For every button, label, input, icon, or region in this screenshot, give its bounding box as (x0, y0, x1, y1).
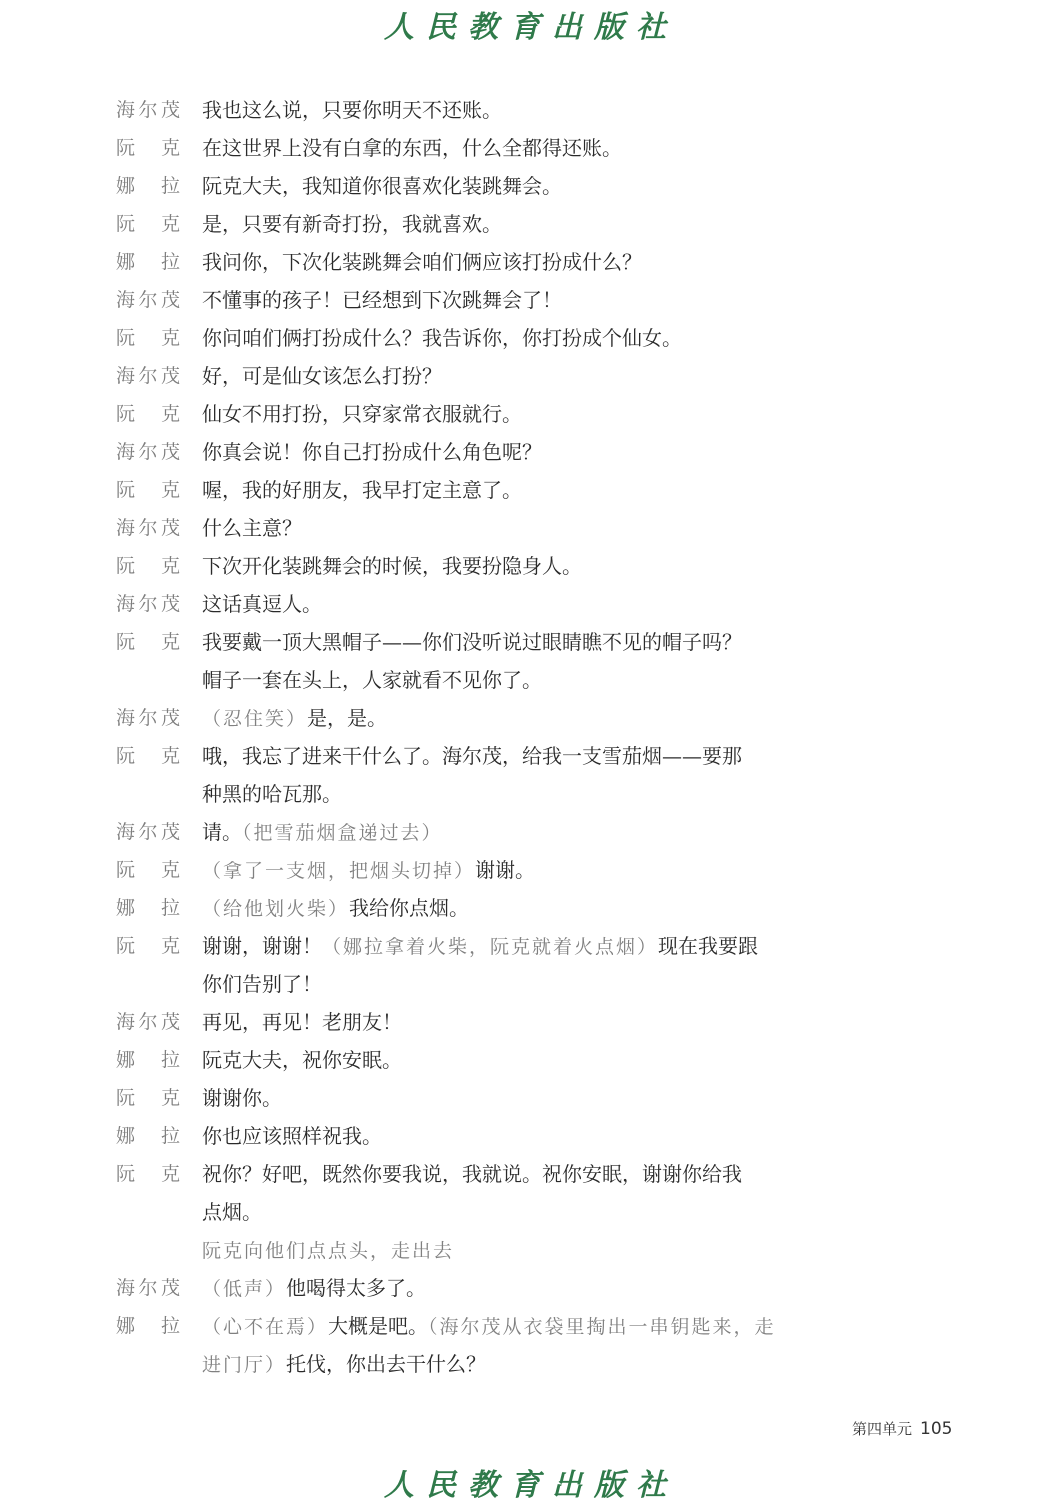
dialogue-text: 谢谢你。 (202, 1079, 282, 1117)
dialogue-line: 娜拉阮克大夫，我知道你很喜欢化装跳舞会。 (116, 167, 796, 205)
speech-text: 你们告别了！ (202, 972, 322, 996)
speaker-name: 阮克 (116, 1079, 202, 1117)
dialogue-text: 你问咱们俩打扮成什么？我告诉你，你打扮成个仙女。 (202, 319, 682, 357)
speaker-name: 娜拉 (116, 1307, 202, 1345)
dialogue-line: 海尔茂我也这么说，只要你明天不还账。 (116, 91, 796, 129)
speaker-name: 阮克 (116, 737, 202, 775)
speaker-name: 娜拉 (116, 167, 202, 205)
dialogue-line: 海尔茂好，可是仙女该怎么打扮？ (116, 357, 796, 395)
speech-text: 这话真逗人。 (202, 592, 322, 616)
speech-text: 哦，我忘了进来干什么了。海尔茂，给我一支雪茄烟——要那 (202, 744, 742, 768)
speech-text: 好，可是仙女该怎么打扮？ (202, 364, 442, 388)
speech-text: 点烟。 (202, 1200, 262, 1224)
page-footer: 第四单元105 (852, 1418, 952, 1439)
stage-direction: （给他划火柴） (202, 898, 349, 920)
speaker-name: 阮克 (116, 623, 202, 661)
speaker-name: 海尔茂 (116, 585, 202, 623)
dialogue-text: 阮克大夫，祝你安眠。 (202, 1041, 402, 1079)
dialogue-line: 娜拉（给他划火柴）我给你点烟。 (116, 889, 796, 927)
dialogue-line: 海尔茂（低声）他喝得太多了。 (116, 1269, 796, 1307)
dialogue-text: 下次开化装跳舞会的时候，我要扮隐身人。 (202, 547, 582, 585)
dialogue-text: （给他划火柴）我给你点烟。 (202, 889, 469, 928)
dialogue-line: 帽子一套在头上，人家就看不见你了。 (116, 661, 796, 699)
speaker-name: 海尔茂 (116, 1003, 202, 1041)
speech-text: 下次开化装跳舞会的时候，我要扮隐身人。 (202, 554, 582, 578)
speech-text: 是，只要有新奇打扮，我就喜欢。 (202, 212, 502, 236)
speech-text: 谢谢你。 (202, 1086, 282, 1110)
dialogue-text: 你们告别了！ (202, 965, 322, 1003)
speaker-name: 海尔茂 (116, 509, 202, 547)
speech-text: 大概是吧。 (328, 1314, 428, 1338)
dialogue-line: 娜拉（心不在焉）大概是吧。（海尔茂从衣袋里掏出一串钥匙来，走 (116, 1307, 796, 1345)
speech-text: 阮克大夫，我知道你很喜欢化装跳舞会。 (202, 174, 562, 198)
dialogue-line: 种黑的哈瓦那。 (116, 775, 796, 813)
speech-text: 是，是。 (307, 706, 387, 730)
page-number: 105 (920, 1419, 952, 1439)
dialogue-text: 进门厅）托伐，你出去干什么？ (202, 1345, 486, 1384)
dialogue-line: 阮克下次开化装跳舞会的时候，我要扮隐身人。 (116, 547, 796, 585)
script-body: 海尔茂我也这么说，只要你明天不还账。阮克在这世界上没有白拿的东西，什么全都得还账… (116, 91, 796, 1383)
dialogue-line: 阮克向他们点点头，走出去 (116, 1231, 796, 1269)
speaker-name: 阮克 (116, 319, 202, 357)
speech-text: 帽子一套在头上，人家就看不见你了。 (202, 668, 542, 692)
speaker-name: 海尔茂 (116, 91, 202, 129)
stage-direction: （心不在焉） (202, 1316, 328, 1338)
dialogue-line: 海尔茂你真会说！你自己打扮成什么角色呢？ (116, 433, 796, 471)
dialogue-text: 阮克大夫，我知道你很喜欢化装跳舞会。 (202, 167, 562, 205)
speech-text: 再见，再见！老朋友！ (202, 1010, 402, 1034)
dialogue-text: 你也应该照样祝我。 (202, 1117, 382, 1155)
dialogue-text: 在这世界上没有白拿的东西，什么全都得还账。 (202, 129, 622, 167)
dialogue-line: 阮克祝你？好吧，既然你要我说，我就说。祝你安眠，谢谢你给我 (116, 1155, 796, 1193)
dialogue-text: 你真会说！你自己打扮成什么角色呢？ (202, 433, 542, 471)
dialogue-text: 我要戴一顶大黑帽子——你们没听说过眼睛瞧不见的帽子吗？ (202, 623, 742, 661)
dialogue-text: 帽子一套在头上，人家就看不见你了。 (202, 661, 542, 699)
speech-text: 我给你点烟。 (349, 896, 469, 920)
speaker-name: 阮克 (116, 471, 202, 509)
dialogue-line: 阮克我要戴一顶大黑帽子——你们没听说过眼睛瞧不见的帽子吗？ (116, 623, 796, 661)
dialogue-line: 娜拉阮克大夫，祝你安眠。 (116, 1041, 796, 1079)
speaker-name: 阮克 (116, 205, 202, 243)
dialogue-text: （心不在焉）大概是吧。（海尔茂从衣袋里掏出一串钥匙来，走 (202, 1307, 776, 1346)
speech-text: 托伐，你出去干什么？ (286, 1352, 486, 1376)
speech-text: 在这世界上没有白拿的东西，什么全都得还账。 (202, 136, 622, 160)
dialogue-text: 阮克向他们点点头，走出去 (202, 1231, 454, 1270)
dialogue-text: 什么主意？ (202, 509, 302, 547)
speech-text: 你问咱们俩打扮成什么？我告诉你，你打扮成个仙女。 (202, 326, 682, 350)
dialogue-text: 再见，再见！老朋友！ (202, 1003, 402, 1041)
dialogue-line: 点烟。 (116, 1193, 796, 1231)
speech-text: 你也应该照样祝我。 (202, 1124, 382, 1148)
speech-text: 不懂事的孩子！已经想到下次跳舞会了！ (202, 288, 562, 312)
dialogue-text: 哦，我忘了进来干什么了。海尔茂，给我一支雪茄烟——要那 (202, 737, 742, 775)
speaker-name: 阮克 (116, 851, 202, 889)
publisher-logo-top: 人民教育出版社 (0, 2, 1062, 46)
dialogue-text: （忍住笑）是，是。 (202, 699, 387, 738)
dialogue-line: 阮克哦，我忘了进来干什么了。海尔茂，给我一支雪茄烟——要那 (116, 737, 796, 775)
dialogue-text: 点烟。 (202, 1193, 262, 1231)
stage-direction: 阮克向他们点点头，走出去 (202, 1240, 454, 1262)
dialogue-line: 阮克仙女不用打扮，只穿家常衣服就行。 (116, 395, 796, 433)
speaker-name: 娜拉 (116, 889, 202, 927)
stage-direction: （低声） (202, 1278, 286, 1300)
dialogue-text: 好，可是仙女该怎么打扮？ (202, 357, 442, 395)
dialogue-line: 阮克在这世界上没有白拿的东西，什么全都得还账。 (116, 129, 796, 167)
dialogue-text: （低声）他喝得太多了。 (202, 1269, 426, 1308)
speech-text: 我问你，下次化装跳舞会咱们俩应该打扮成什么？ (202, 250, 642, 274)
speech-text: 他喝得太多了。 (286, 1276, 426, 1300)
dialogue-text: 喔，我的好朋友，我早打定主意了。 (202, 471, 522, 509)
dialogue-text: 谢谢，谢谢！（娜拉拿着火柴，阮克就着火点烟）现在我要跟 (202, 927, 758, 966)
speech-text: 什么主意？ (202, 516, 302, 540)
dialogue-line: 海尔茂（忍住笑）是，是。 (116, 699, 796, 737)
speaker-name: 海尔茂 (116, 433, 202, 471)
dialogue-text: 请。（把雪茄烟盒递过去） (202, 813, 443, 852)
speech-text: 种黑的哈瓦那。 (202, 782, 342, 806)
dialogue-line: 进门厅）托伐，你出去干什么？ (116, 1345, 796, 1383)
speech-text: 谢谢，谢谢！ (202, 934, 322, 958)
stage-direction: （拿了一支烟，把烟头切掉） (202, 860, 475, 882)
dialogue-text: （拿了一支烟，把烟头切掉）谢谢。 (202, 851, 535, 890)
speech-text: 请。 (202, 820, 242, 844)
dialogue-line: 阮克你问咱们俩打扮成什么？我告诉你，你打扮成个仙女。 (116, 319, 796, 357)
speech-text: 祝你？好吧，既然你要我说，我就说。祝你安眠，谢谢你给我 (202, 1162, 742, 1186)
dialogue-line: 阮克谢谢你。 (116, 1079, 796, 1117)
dialogue-line: 阮克谢谢，谢谢！（娜拉拿着火柴，阮克就着火点烟）现在我要跟 (116, 927, 796, 965)
dialogue-line: 海尔茂这话真逗人。 (116, 585, 796, 623)
speaker-name: 海尔茂 (116, 357, 202, 395)
speaker-name: 海尔茂 (116, 1269, 202, 1307)
stage-direction: 进门厅） (202, 1354, 286, 1376)
speech-text: 仙女不用打扮，只穿家常衣服就行。 (202, 402, 522, 426)
speech-text: 我要戴一顶大黑帽子——你们没听说过眼睛瞧不见的帽子吗？ (202, 630, 742, 654)
stage-direction: （把雪茄烟盒递过去） (242, 822, 443, 844)
speaker-name: 阮克 (116, 1155, 202, 1193)
speaker-name: 阮克 (116, 395, 202, 433)
dialogue-text: 仙女不用打扮，只穿家常衣服就行。 (202, 395, 522, 433)
stage-direction: （海尔茂从衣袋里掏出一串钥匙来，走 (428, 1316, 776, 1338)
speaker-name: 海尔茂 (116, 281, 202, 319)
unit-label: 第四单元 (852, 1420, 912, 1438)
speaker-name: 阮克 (116, 129, 202, 167)
speech-text: 阮克大夫，祝你安眠。 (202, 1048, 402, 1072)
dialogue-line: 娜拉你也应该照样祝我。 (116, 1117, 796, 1155)
dialogue-line: 娜拉我问你，下次化装跳舞会咱们俩应该打扮成什么？ (116, 243, 796, 281)
dialogue-text: 祝你？好吧，既然你要我说，我就说。祝你安眠，谢谢你给我 (202, 1155, 742, 1193)
dialogue-text: 种黑的哈瓦那。 (202, 775, 342, 813)
dialogue-text: 是，只要有新奇打扮，我就喜欢。 (202, 205, 502, 243)
speech-text: 现在我要跟 (658, 934, 758, 958)
speech-text: 谢谢。 (475, 858, 535, 882)
speaker-name: 海尔茂 (116, 813, 202, 851)
speaker-name: 娜拉 (116, 1041, 202, 1079)
dialogue-line: 阮克（拿了一支烟，把烟头切掉）谢谢。 (116, 851, 796, 889)
speech-text: 我也这么说，只要你明天不还账。 (202, 98, 502, 122)
speaker-name: 娜拉 (116, 243, 202, 281)
speaker-name: 娜拉 (116, 1117, 202, 1155)
publisher-logo-bottom: 人民教育出版社 (0, 1460, 1062, 1504)
dialogue-line: 你们告别了！ (116, 965, 796, 1003)
dialogue-text: 这话真逗人。 (202, 585, 322, 623)
dialogue-line: 阮克喔，我的好朋友，我早打定主意了。 (116, 471, 796, 509)
speech-text: 你真会说！你自己打扮成什么角色呢？ (202, 440, 542, 464)
dialogue-line: 海尔茂什么主意？ (116, 509, 796, 547)
stage-direction: （娜拉拿着火柴，阮克就着火点烟） (322, 936, 658, 958)
speaker-name: 海尔茂 (116, 699, 202, 737)
speaker-name: 阮克 (116, 547, 202, 585)
stage-direction: （忍住笑） (202, 708, 307, 730)
dialogue-line: 海尔茂请。（把雪茄烟盒递过去） (116, 813, 796, 851)
dialogue-text: 我也这么说，只要你明天不还账。 (202, 91, 502, 129)
dialogue-text: 我问你，下次化装跳舞会咱们俩应该打扮成什么？ (202, 243, 642, 281)
dialogue-line: 海尔茂再见，再见！老朋友！ (116, 1003, 796, 1041)
dialogue-line: 海尔茂不懂事的孩子！已经想到下次跳舞会了！ (116, 281, 796, 319)
dialogue-line: 阮克是，只要有新奇打扮，我就喜欢。 (116, 205, 796, 243)
speech-text: 喔，我的好朋友，我早打定主意了。 (202, 478, 522, 502)
speaker-name: 阮克 (116, 927, 202, 965)
dialogue-text: 不懂事的孩子！已经想到下次跳舞会了！ (202, 281, 562, 319)
